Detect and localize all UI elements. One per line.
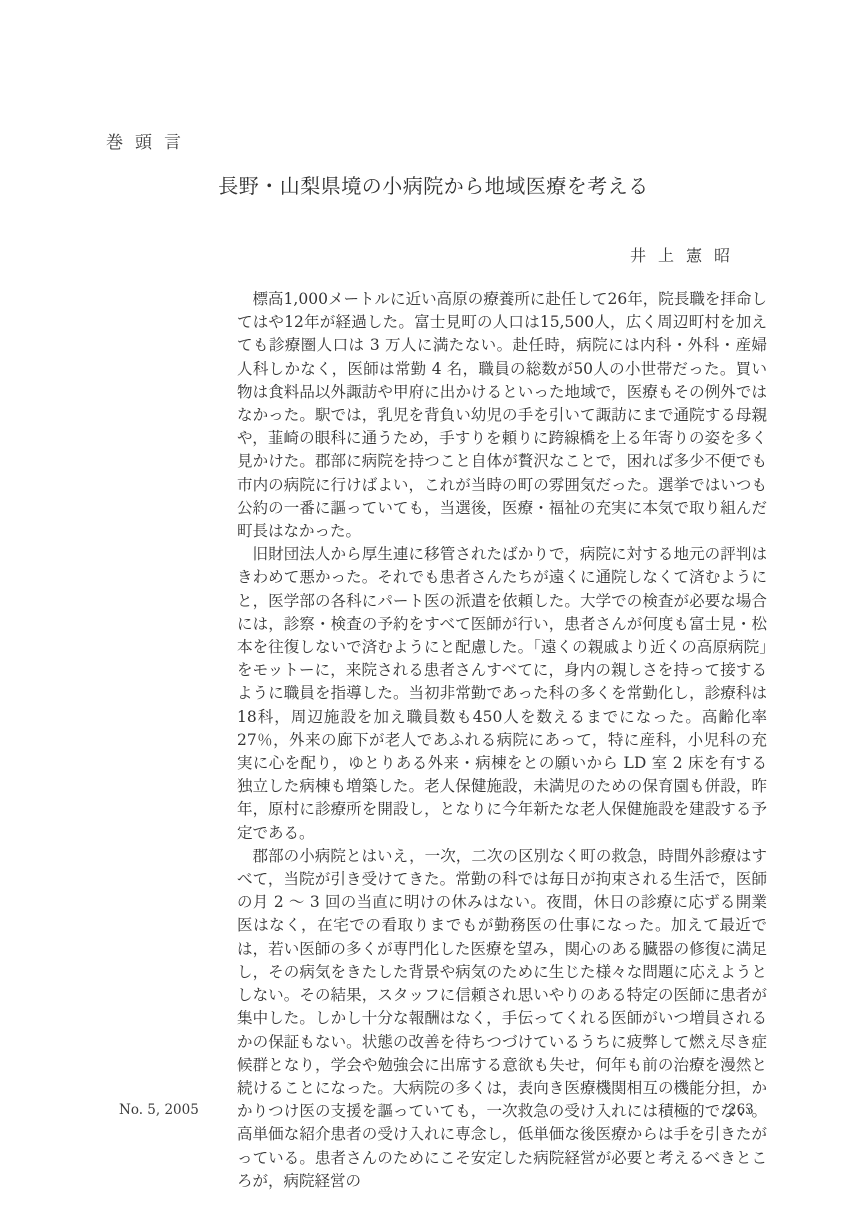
article-title: 長野・山梨県境の小病院から地域医療を考える — [0, 170, 867, 199]
section-label: 巻頭言 — [106, 128, 193, 153]
footer-page-number: 263 — [728, 1102, 754, 1118]
paragraph-3: 郡部の小病院とはいえ，一次，二次の区別なく町の救急，時間外診療はすべて，当院が引… — [237, 845, 767, 1193]
author-name: 井上憲昭 — [630, 243, 742, 266]
paragraph-2: 旧財団法人から厚生連に移管されたばかりで，病院に対する地元の評判はきわめて悪かっ… — [237, 543, 767, 845]
journal-page: 巻頭言 長野・山梨県境の小病院から地域医療を考える 井上憲昭 標高1,000メー… — [0, 0, 867, 1209]
paragraph-1: 標高1,000メートルに近い高原の療養所に赴任して26年，院長職を拝命してはや1… — [237, 288, 767, 543]
footer-issue-number: No. 5, 2005 — [119, 1102, 199, 1118]
article-body: 標高1,000メートルに近い高原の療養所に赴任して26年，院長職を拝命してはや1… — [237, 288, 767, 1193]
